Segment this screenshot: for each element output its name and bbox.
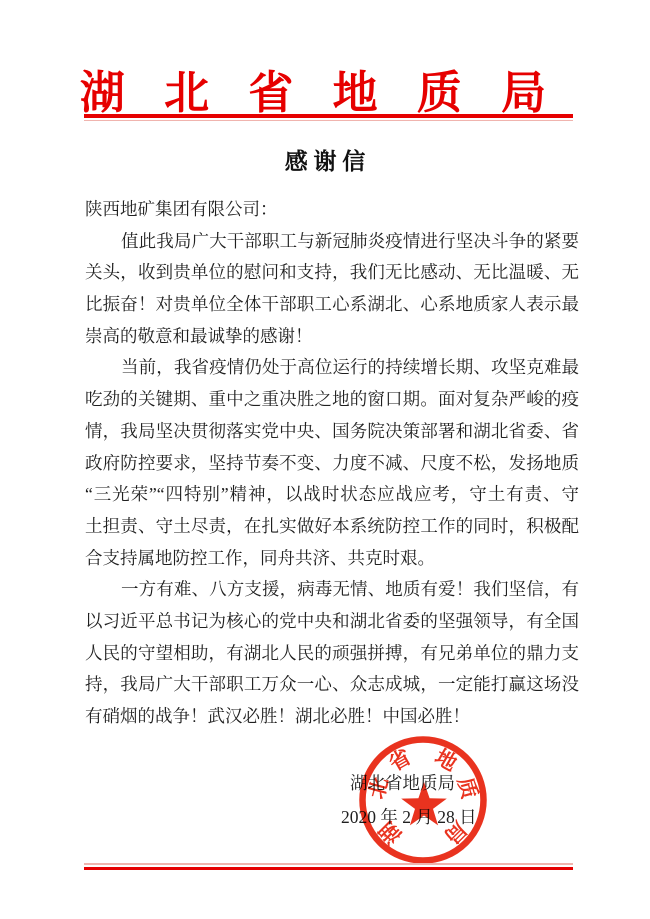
letterhead-rule-thin <box>84 120 573 122</box>
body-line: 土担责、守土尽责，在扎实做好本系统防控工作的同时，积极配 <box>85 511 579 543</box>
official-seal: 湖 北 省 地 质 局 <box>356 733 490 867</box>
body-line: 崇高的敬意和最诚挚的感谢！ <box>85 321 579 353</box>
body-line: 值此我局广大干部职工与新冠肺炎疫情进行坚决斗争的紧要 <box>85 226 579 258</box>
body-line: 以习近平总书记为核心的党中央和湖北省委的坚强领导，有全国 <box>85 606 579 638</box>
star-icon <box>401 782 447 825</box>
body-line: “三光荣”“四特别”精神，以战时状态应战应考，守土有责、守 <box>85 479 579 511</box>
body-line: 关头，收到贵单位的慰问和支持，我们无比感动、无比温暖、无 <box>85 257 579 289</box>
body-line: 有硝烟的战争！武汉必胜！湖北必胜！中国必胜！ <box>85 701 579 733</box>
footer-rule <box>84 863 573 870</box>
seal-char: 北 <box>364 775 393 801</box>
body-line: 比振奋！对贵单位全体干部职工心系湖北、心系地质家人表示最 <box>85 289 579 321</box>
body-line: 人民的守望相助，有湖北人民的顽强拼搏，有兄弟单位的鼎力支 <box>85 638 579 670</box>
letterhead-rule <box>84 114 573 121</box>
footer-rule-thick <box>84 867 573 871</box>
body-line: 情，我局坚决贯彻落实党中央、国务院决策部署和湖北省委、省 <box>85 416 579 448</box>
letter-body: 陕西地矿集团有限公司： 值此我局广大干部职工与新冠肺炎疫情进行坚决斗争的紧要 关… <box>85 194 579 733</box>
seal-char: 质 <box>453 775 482 801</box>
salutation: 陕西地矿集团有限公司： <box>85 194 579 226</box>
letter-page: 湖 北 省 地 质 局 感 谢 信 陕西地矿集团有限公司： 值此我局广大干部职工… <box>0 0 650 919</box>
body-line: 合支持属地防控工作，同舟共济、共克时艰。 <box>85 543 579 575</box>
body-line: 政府防控要求，坚持节奏不变、力度不减、尺度不松，发扬地质 <box>85 448 579 480</box>
body-line: 持，我局广大干部职工万众一心、众志成城，一定能打赢这场没 <box>85 669 579 701</box>
body-line: 当前，我省疫情仍处于高位运行的持续增长期、攻坚克难最 <box>85 352 579 384</box>
body-line: 一方有难、八方支援，病毒无情、地质有爱！我们坚信，有 <box>85 574 579 606</box>
letterhead-org-name: 湖 北 省 地 质 局 <box>0 56 640 121</box>
letter-title: 感 谢 信 <box>0 143 650 176</box>
body-line: 吃劲的关键期、重中之重决胜之地的窗口期。面对复杂严峻的疫 <box>85 384 579 416</box>
